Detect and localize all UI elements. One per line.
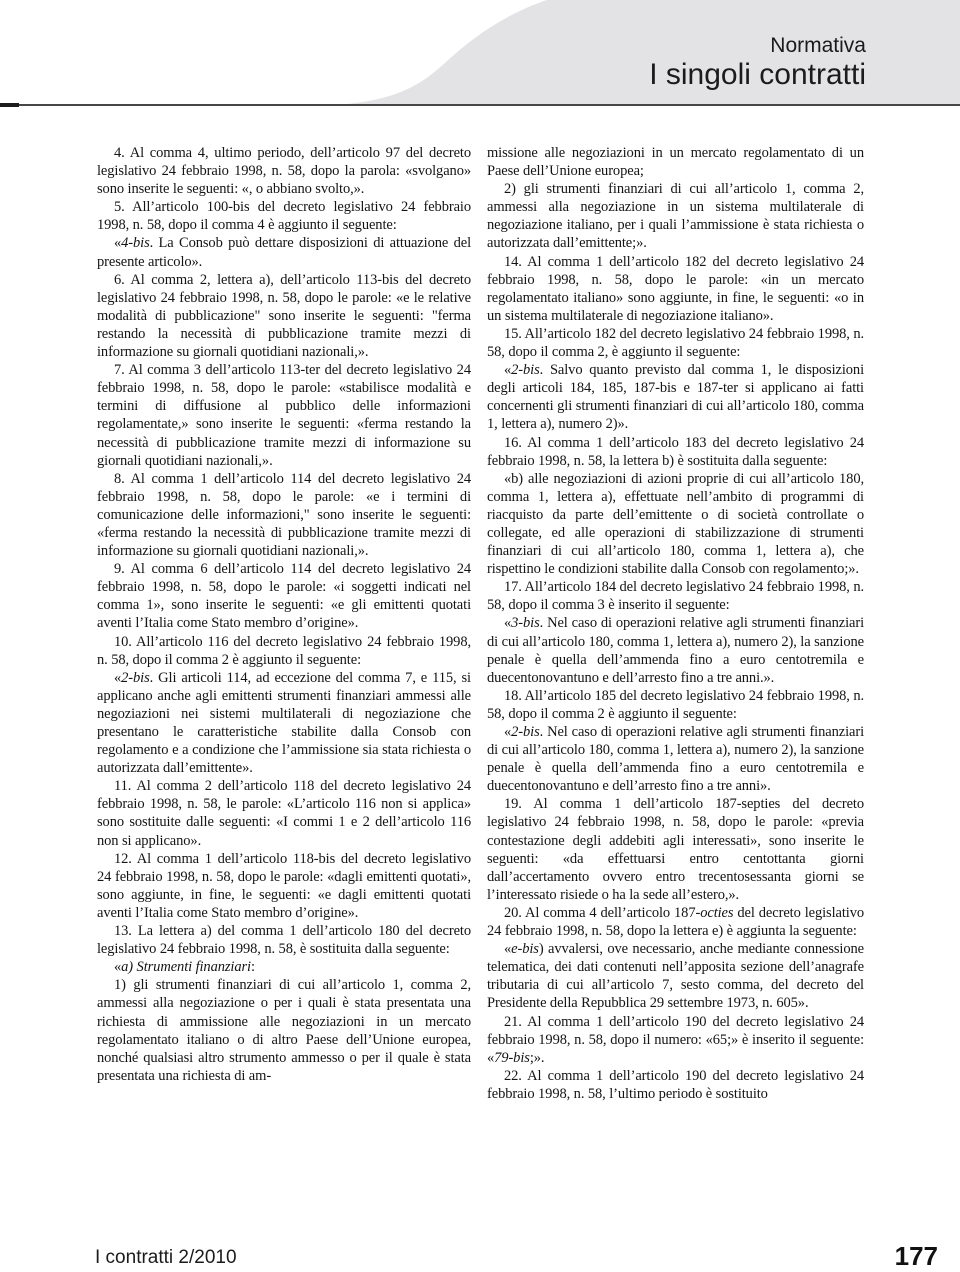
- paragraph: «2-bis. Nel caso di operazioni relative …: [487, 723, 864, 795]
- text-run: 13. La lettera a) del comma 1 dell’artic…: [97, 923, 471, 957]
- italic-run: 3-bis: [511, 615, 540, 631]
- footer-journal-title: I contratti 2/2010: [95, 1247, 237, 1269]
- paragraph: 17. All’articolo 184 del decreto legisla…: [487, 578, 864, 614]
- paragraph: «b) alle negoziazioni di azioni proprie …: [487, 470, 864, 579]
- paragraph: 18. All’articolo 185 del decreto legisla…: [487, 687, 864, 723]
- paragraph: 19. Al comma 1 dell’articolo 187-septies…: [487, 795, 864, 904]
- text-run: . Gli articoli 114, ad eccezione del com…: [97, 670, 471, 776]
- text-run: 17. All’articolo 184 del decreto legisla…: [487, 579, 864, 613]
- text-run: «b) alle negoziazioni di azioni proprie …: [487, 471, 864, 577]
- italic-run: e-bis: [511, 941, 539, 957]
- document-page: Normativa I singoli contratti 4. Al comm…: [0, 0, 960, 1272]
- italic-run: 4-bis: [121, 235, 150, 251]
- text-run: ;».: [530, 1050, 545, 1066]
- text-run: 11. Al comma 2 dell’articolo 118 del dec…: [97, 778, 471, 848]
- text-run: ) avvalersi, ove necessario, anche media…: [487, 941, 864, 1011]
- paragraph: «2-bis. Salvo quanto previsto dal comma …: [487, 361, 864, 433]
- paragraph: «3-bis. Nel caso di operazioni relative …: [487, 614, 864, 686]
- paragraph: «4-bis. La Consob può dettare disposizio…: [97, 234, 471, 270]
- text-run: 15. All’articolo 182 del decreto legisla…: [487, 326, 864, 360]
- text-run: 9. Al comma 6 dell’articolo 114 del decr…: [97, 561, 471, 631]
- section-kicker: Normativa: [649, 34, 866, 58]
- paragraph: 21. Al comma 1 dell’articolo 190 del dec…: [487, 1013, 864, 1067]
- paragraph: 1) gli strumenti finanziari di cui all’a…: [97, 976, 471, 1085]
- paragraph: missione alle negoziazioni in un mercato…: [487, 144, 864, 180]
- paragraph: 20. Al comma 4 dell’articolo 187-octies …: [487, 904, 864, 940]
- paragraph: 13. La lettera a) del comma 1 dell’artic…: [97, 922, 471, 958]
- paragraph: 12. Al comma 1 dell’articolo 118-bis del…: [97, 850, 471, 922]
- text-run: 2) gli strumenti finanziari di cui all’a…: [487, 181, 864, 251]
- paragraph: 7. Al comma 3 dell’articolo 113-ter del …: [97, 361, 471, 470]
- text-column-right: missione alle negoziazioni in un mercato…: [487, 144, 864, 1224]
- text-run: 4. Al comma 4, ultimo periodo, dell’arti…: [97, 145, 471, 197]
- paragraph: 2) gli strumenti finanziari di cui all’a…: [487, 180, 864, 252]
- text-run: 20. Al comma 4 dell’articolo 187-: [504, 905, 700, 921]
- paragraph: 22. Al comma 1 dell’articolo 190 del dec…: [487, 1067, 864, 1103]
- text-run: 12. Al comma 1 dell’articolo 118-bis del…: [97, 851, 471, 921]
- text-run: 6. Al comma 2, lettera a), dell’articolo…: [97, 272, 471, 360]
- text-run: 18. All’articolo 185 del decreto legisla…: [487, 688, 864, 722]
- paragraph: «e-bis) avvalersi, ove necessario, anche…: [487, 940, 864, 1012]
- text-run: . Salvo quanto previsto dal comma 1, le …: [487, 362, 864, 432]
- text-run: 1) gli strumenti finanziari di cui all’a…: [97, 977, 471, 1083]
- italic-run: 2-bis: [511, 724, 540, 740]
- paragraph: 6. Al comma 2, lettera a), dell’articolo…: [97, 271, 471, 361]
- paragraph: 10. All’articolo 116 del decreto legisla…: [97, 633, 471, 669]
- text-run: 16. Al comma 1 dell’articolo 183 del dec…: [487, 435, 864, 469]
- text-run: 22. Al comma 1 dell’articolo 190 del dec…: [487, 1068, 864, 1102]
- text-run: missione alle negoziazioni in un mercato…: [487, 145, 864, 179]
- text-run: 5. All’articolo 100-bis del decreto legi…: [97, 199, 471, 233]
- paragraph: 9. Al comma 6 dell’articolo 114 del decr…: [97, 560, 471, 632]
- text-run: 19. Al comma 1 dell’articolo 187-septies…: [487, 796, 864, 902]
- text-run: :: [251, 959, 255, 975]
- text-run: 10. All’articolo 116 del decreto legisla…: [97, 634, 471, 668]
- paragraph: 14. Al comma 1 dell’articolo 182 del dec…: [487, 253, 864, 325]
- paragraph: 16. Al comma 1 dell’articolo 183 del dec…: [487, 434, 864, 470]
- text-run: . Nel caso di operazioni relative agli s…: [487, 615, 864, 685]
- italic-run: 2-bis: [121, 670, 150, 686]
- text-run: . La Consob può dettare disposizioni di …: [97, 235, 471, 269]
- page-title: I singoli contratti: [649, 58, 866, 91]
- paragraph: «2-bis. Gli articoli 114, ad eccezione d…: [97, 669, 471, 778]
- page-header: Normativa I singoli contratti: [649, 34, 866, 91]
- italic-run: 79-bis: [494, 1050, 530, 1066]
- footer-page-number: 177: [895, 1241, 938, 1272]
- italic-run: octies: [700, 905, 733, 921]
- text-run: 7. Al comma 3 dell’articolo 113-ter del …: [97, 362, 471, 468]
- paragraph: 8. Al comma 1 dell’articolo 114 del decr…: [97, 470, 471, 560]
- paragraph: 5. All’articolo 100-bis del decreto legi…: [97, 198, 471, 234]
- paragraph: 15. All’articolo 182 del decreto legisla…: [487, 325, 864, 361]
- paragraph: «a) Strumenti finanziari:: [97, 958, 471, 976]
- paragraph: 11. Al comma 2 dell’articolo 118 del dec…: [97, 777, 471, 849]
- text-run: 14. Al comma 1 dell’articolo 182 del dec…: [487, 254, 864, 324]
- text-run: 8. Al comma 1 dell’articolo 114 del decr…: [97, 471, 471, 559]
- text-column-left: 4. Al comma 4, ultimo periodo, dell’arti…: [97, 144, 471, 1224]
- header-rule: [0, 104, 960, 106]
- italic-run: 2-bis: [511, 362, 540, 378]
- italic-run: a) Strumenti finanziari: [121, 959, 251, 975]
- header-rule-tick: [0, 103, 19, 107]
- paragraph: 4. Al comma 4, ultimo periodo, dell’arti…: [97, 144, 471, 198]
- text-run: . Nel caso di operazioni relative agli s…: [487, 724, 864, 794]
